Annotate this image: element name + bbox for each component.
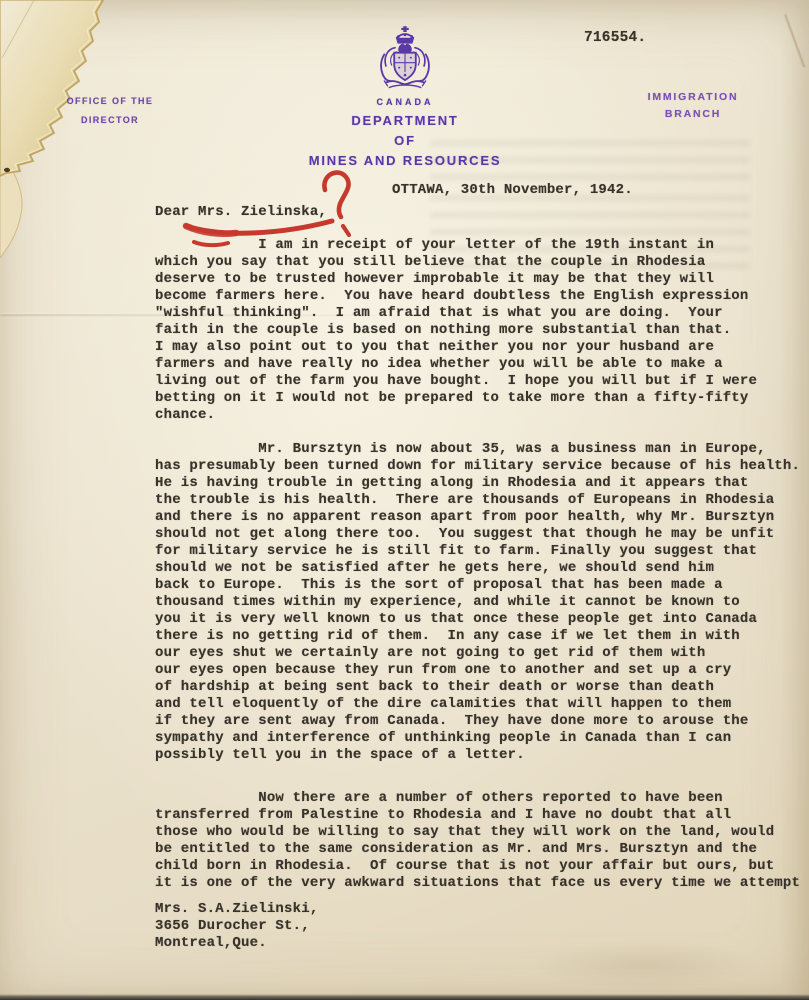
dateline: OTTAWA, 30th November, 1942. xyxy=(392,182,633,199)
canada-label: CANADA xyxy=(350,97,460,107)
recipient-address-block: Mrs. S.A.Zielinski, 3656 Durocher St., M… xyxy=(155,901,318,952)
file-number: 716554. xyxy=(584,30,646,47)
office-line2: DIRECTOR xyxy=(62,115,158,125)
office-line1: OFFICE OF THE xyxy=(62,96,158,106)
red-question-mark xyxy=(324,173,348,217)
paragraph-1: I am in receipt of your letter of the 19… xyxy=(155,237,757,424)
dept-line1: DEPARTMENT xyxy=(300,113,510,128)
letter-document: OFFICE OF THE DIRECTOR CANADA DEPARTMENT… xyxy=(0,0,809,1000)
folded-corner xyxy=(0,0,140,270)
immigration-branch-stamp: IMMIGRATION BRANCH xyxy=(628,91,758,120)
dept-line2: OF xyxy=(300,133,510,148)
paper-speck xyxy=(4,168,10,172)
paragraph-2: Mr. Bursztyn is now about 35, was a busi… xyxy=(155,441,800,764)
branch-line2: BRANCH xyxy=(628,108,758,120)
paper-smudge xyxy=(530,940,760,990)
canada-coat-of-arms-icon xyxy=(376,26,434,96)
department-title: DEPARTMENT OF MINES AND RESOURCES xyxy=(300,113,510,173)
corner-crease-line xyxy=(785,14,806,67)
paragraph-3: Now there are a number of others reporte… xyxy=(155,790,800,892)
branch-line1: IMMIGRATION xyxy=(628,91,758,103)
office-of-director-stamp: OFFICE OF THE DIRECTOR xyxy=(62,96,158,125)
scan-bottom-edge xyxy=(0,994,809,1000)
